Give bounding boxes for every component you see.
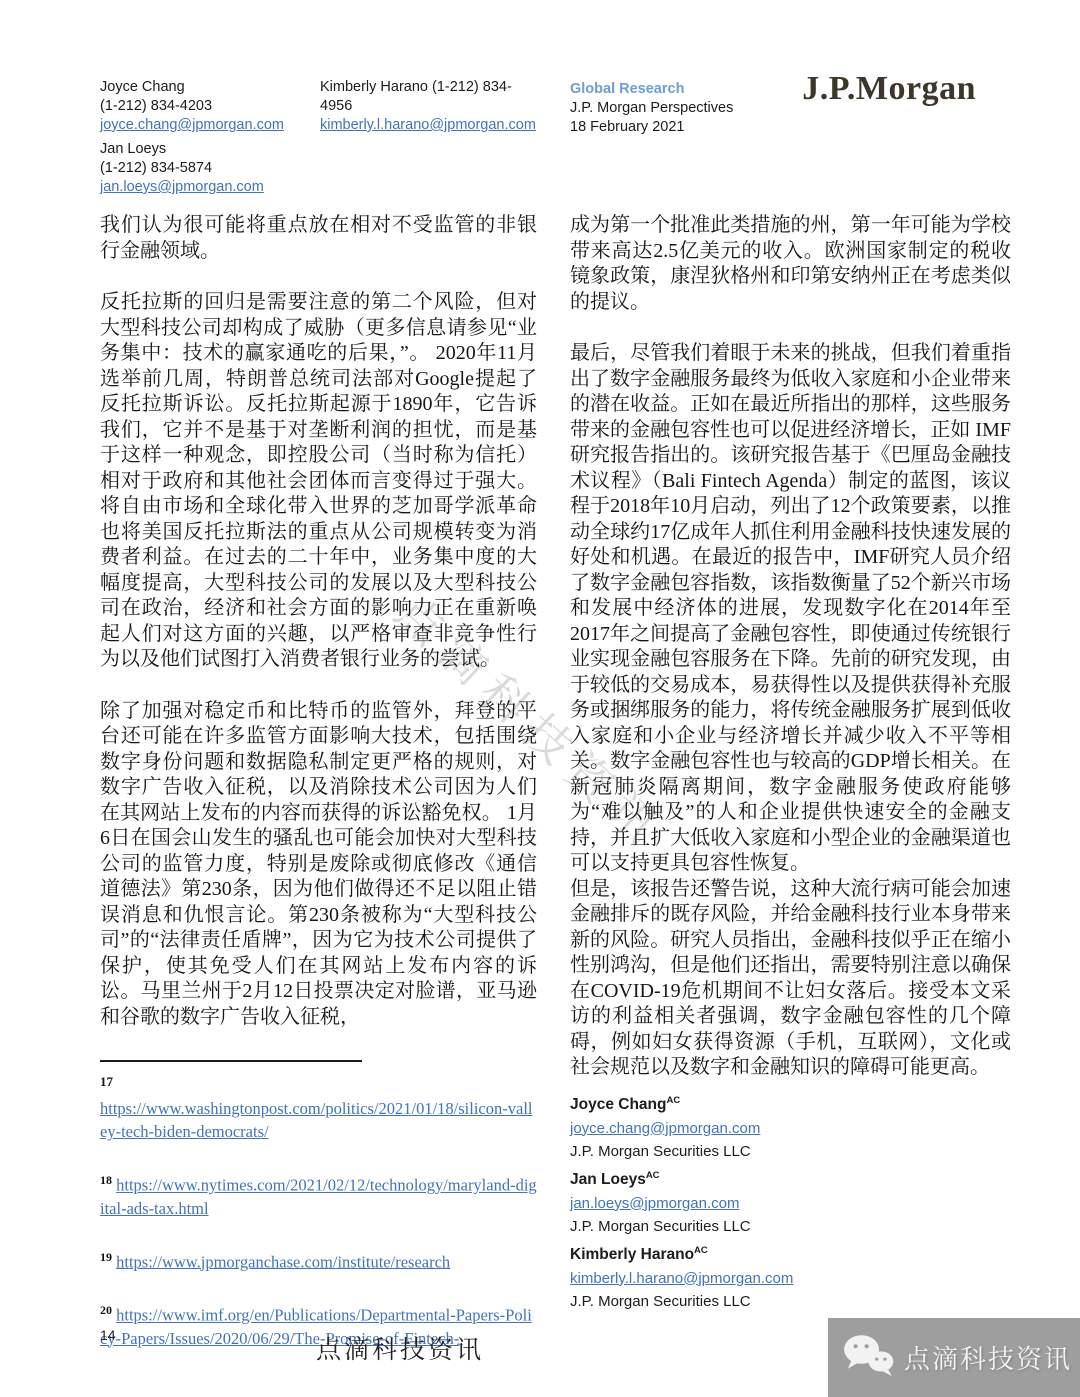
contact-jan-loeys: Jan Loeys (1-212) 834-5874 jan.loeys@jpm… bbox=[100, 140, 264, 197]
footnote-link[interactable]: https://www.washingtonpost.com/politics/… bbox=[100, 1099, 533, 1141]
contact-name: Jan Loeys bbox=[100, 140, 264, 159]
footer-brand-text: 点滴科技资讯 bbox=[295, 1330, 505, 1366]
author-name: Kimberly Harano bbox=[570, 1246, 694, 1263]
left-column: 我们认为很可能将重点放在相对不受监管的非银行金融领域。 反托拉斯的回归是需要注意… bbox=[100, 213, 537, 1376]
author-firm: J.P. Morgan Securities LLC bbox=[570, 1217, 1011, 1237]
footnote-19: 19 https://www.jpmorganchase.com/institu… bbox=[100, 1246, 537, 1274]
wechat-brand-badge: 点滴科技资讯 bbox=[828, 1318, 1080, 1397]
author-ac-designation: AC bbox=[694, 1245, 708, 1256]
author-block: Joyce ChangAC joyce.chang@jpmorgan.com J… bbox=[570, 1091, 1011, 1312]
contact-phone: (1-212) 834-4203 bbox=[100, 97, 284, 116]
report-series-title: J.P. Morgan Perspectives bbox=[570, 99, 733, 118]
paragraph: 反托拉斯的回归是需要注意的第二个风险，但对大型科技公司却构成了威胁（更多信息请参… bbox=[100, 290, 537, 673]
paragraph: 但是，该报告还警告说，这种大流行病可能会加速金融排斥的既存风险，并给金融科技行业… bbox=[570, 877, 1011, 1081]
author-ac-designation: AC bbox=[666, 1095, 680, 1106]
page-number: 14 bbox=[100, 1327, 116, 1343]
contact-phone: (1-212) 834-5874 bbox=[100, 159, 264, 178]
footnote-17: 17 https://www.washingtonpost.com/politi… bbox=[100, 1070, 537, 1143]
footnotes-section: 17 https://www.washingtonpost.com/politi… bbox=[100, 1060, 537, 1350]
footnote-link[interactable]: https://www.jpmorganchase.com/institute/… bbox=[116, 1252, 450, 1271]
report-meta: Global Research J.P. Morgan Perspectives… bbox=[570, 80, 733, 137]
author-jan-loeys: Jan LoeysAC jan.loeys@jpmorgan.com J.P. … bbox=[570, 1166, 1011, 1237]
contact-email-link[interactable]: joyce.chang@jpmorgan.com bbox=[100, 117, 284, 133]
report-date: 18 February 2021 bbox=[570, 118, 733, 137]
footnote-divider bbox=[100, 1060, 362, 1062]
author-firm: J.P. Morgan Securities LLC bbox=[570, 1142, 1011, 1162]
author-email-link[interactable]: kimberly.l.harano@jpmorgan.com bbox=[570, 1269, 793, 1289]
footnote-number: 20 bbox=[100, 1303, 112, 1317]
footnote-link[interactable]: https://www.nytimes.com/2021/02/12/techn… bbox=[100, 1176, 537, 1218]
global-research-label: Global Research bbox=[570, 80, 733, 99]
contact-email-link[interactable]: jan.loeys@jpmorgan.com bbox=[100, 179, 264, 195]
author-email-link[interactable]: jan.loeys@jpmorgan.com bbox=[570, 1194, 739, 1214]
right-column: 成为第一个批准此类措施的州，第一年可能为学校带来高达2.5亿美元的收入。欧洲国家… bbox=[570, 213, 1011, 1316]
paragraph: 最后，尽管我们着眼于未来的挑战，但我们着重指出了数字金融服务最终为低收入家庭和小… bbox=[570, 341, 1011, 877]
author-firm: J.P. Morgan Securities LLC bbox=[570, 1292, 1011, 1312]
footnote-number: 19 bbox=[100, 1250, 112, 1264]
author-joyce-chang: Joyce ChangAC joyce.chang@jpmorgan.com J… bbox=[570, 1091, 1011, 1162]
contact-kimberly-harano: Kimberly Harano (1-212) 834-4956 kimberl… bbox=[320, 78, 526, 135]
contact-name-phone: Kimberly Harano (1-212) 834-4956 bbox=[320, 78, 526, 116]
author-kimberly-harano: Kimberly HaranoAC kimberly.l.harano@jpmo… bbox=[570, 1241, 1011, 1312]
jpmorgan-logo: J.P.Morgan bbox=[802, 70, 976, 108]
author-ac-designation: AC bbox=[646, 1170, 660, 1181]
author-name: Jan Loeys bbox=[570, 1171, 646, 1188]
contact-joyce-chang: Joyce Chang (1-212) 834-4203 joyce.chang… bbox=[100, 78, 284, 135]
report-page: 点滴科技资讯 Joyce Chang (1-212) 834-4203 joyc… bbox=[0, 0, 1080, 1397]
wechat-icon bbox=[840, 1332, 896, 1383]
footnote-18: 18 https://www.nytimes.com/2021/02/12/te… bbox=[100, 1169, 537, 1220]
author-email-link[interactable]: joyce.chang@jpmorgan.com bbox=[570, 1119, 760, 1139]
wechat-badge-text: 点滴科技资讯 bbox=[904, 1339, 1072, 1376]
footnote-number: 17 bbox=[100, 1070, 537, 1093]
paragraph: 成为第一个批准此类措施的州，第一年可能为学校带来高达2.5亿美元的收入。欧洲国家… bbox=[570, 213, 1011, 315]
contact-name: Joyce Chang bbox=[100, 78, 284, 97]
footnote-number: 18 bbox=[100, 1173, 112, 1187]
author-name: Joyce Chang bbox=[570, 1096, 666, 1113]
paragraph: 除了加强对稳定币和比特币的监管外，拜登的平台还可能在许多监管方面影响大技术，包括… bbox=[100, 699, 537, 1031]
contact-email-link[interactable]: kimberly.l.harano@jpmorgan.com bbox=[320, 117, 536, 133]
paragraph: 我们认为很可能将重点放在相对不受监管的非银行金融领域。 bbox=[100, 213, 537, 264]
